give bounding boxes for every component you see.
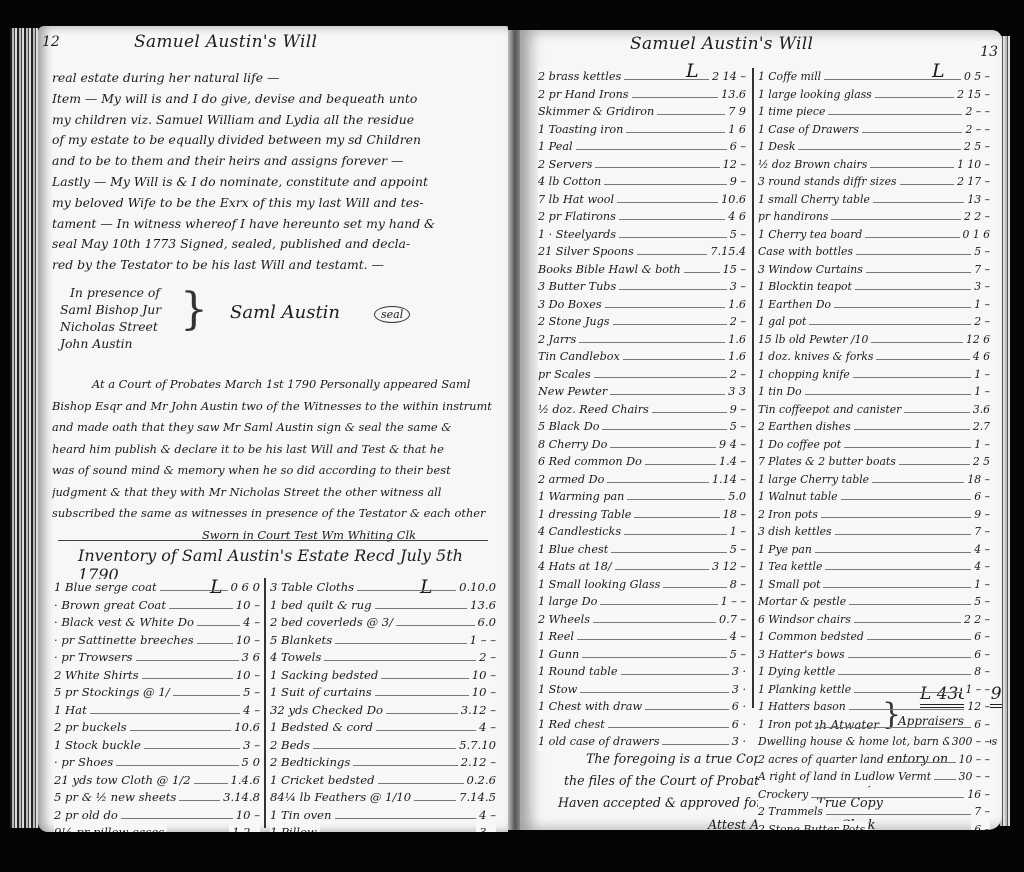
inventory-item: 5 pr & ½ new sheets — [54, 789, 179, 807]
inventory-item: 5 Black Do — [538, 418, 602, 436]
inventory-item: 2 pr Hand Irons — [538, 86, 632, 104]
divider-line — [58, 540, 488, 541]
inventory-item: 1 Reel — [538, 628, 577, 646]
inventory-item: 1 Planking kettle — [758, 681, 854, 699]
inventory-row: 1 Case of Drawers2 – – — [758, 121, 990, 139]
inventory-row: pr Scales2 – — [538, 366, 746, 384]
inventory-item: 84¼ lb Feathers @ 1/10 — [270, 789, 414, 807]
inventory-value: 1.2 – — [229, 824, 260, 832]
inventory-value: 10 – — [233, 597, 260, 615]
inventory-item: 1 gal pot — [758, 313, 809, 331]
inventory-value: 18 – — [964, 471, 990, 489]
inventory-item: 1 Dying kettle — [758, 663, 838, 681]
inventory-value: 1.6 — [725, 296, 746, 314]
inventory-value: 2 15 – — [954, 86, 990, 104]
inventory-value: 5 – — [727, 541, 746, 559]
inventory-value: 9 – — [971, 506, 990, 524]
inventory-item: 1 tin Do — [758, 383, 805, 401]
inventory-row: 1 Gunn5 – — [538, 646, 746, 664]
inventory-value: 10 – — [233, 667, 260, 685]
inventory-item: 1 Peal — [538, 138, 576, 156]
inventory-item: 1 Earthen Do — [758, 296, 834, 314]
inventory-row: 2 Servers12 – — [538, 156, 746, 174]
inventory-row: ½ doz Brown chairs1 10 – — [758, 156, 990, 174]
inventory-value: 6 · — [729, 716, 746, 734]
inventory-item: 1 Walnut table — [758, 488, 841, 506]
closing-text: The foregoing is a true Copy of the orig… — [558, 748, 948, 830]
inventory-item: 3 Butter Tubs — [538, 278, 619, 296]
inventory-item: 1 large Do — [538, 593, 600, 611]
inventory-item: 1 Coffe mill — [758, 68, 824, 86]
inventory-row: A right of land in Ludlow Vermt30 – – — [758, 768, 990, 786]
inventory-value: 4 – — [240, 702, 260, 720]
inventory-item: 1 Pillow — [270, 824, 320, 832]
inventory-row: Tin coffeepot and canister3.6 — [758, 401, 990, 419]
inventory-item: 1 dressing Table — [538, 506, 634, 524]
inventory-item: 2 Wheels — [538, 611, 593, 629]
inventory-item: 6 Red common Do — [538, 453, 645, 471]
inventory-item: 1 Blue chest — [538, 541, 611, 559]
inventory-item: 1 Small pot — [758, 576, 823, 594]
inventory-item: pr Scales — [538, 366, 594, 384]
inventory-item: 1 Hatters bason — [758, 698, 849, 716]
inventory-row: Mortar & pestle5 – — [758, 593, 990, 611]
inventory-row: 1 Sacking bedsted10 – — [270, 667, 496, 685]
inventory-value: 2 2 – — [961, 611, 990, 629]
inventory-value: 1 – — [971, 576, 990, 594]
will-line: red by the Testator to be his last Will … — [52, 255, 498, 276]
inventory-item: ½ doz. Reed Chairs — [538, 401, 652, 419]
inventory-value: 3 6 — [239, 649, 260, 667]
testator-signature: Saml Austin — [230, 302, 340, 323]
inventory-value: 3 – — [971, 278, 990, 296]
inventory-value: 8 – — [971, 663, 990, 681]
inventory-row: 1 Pye pan4 – — [758, 541, 990, 559]
inventory-row: Case with bottles5 – — [758, 243, 990, 261]
inventory-row: Dwelling house & home lot, barn & 2 shop… — [758, 733, 990, 751]
inventory-item: 4 Hats at 18/ — [538, 558, 615, 576]
inventory-item: 1 Stock buckle — [54, 737, 144, 755]
inventory-value: 13.6 — [718, 86, 746, 104]
inventory-row: 15 lb old Pewter /1012 6 — [758, 331, 990, 349]
inventory-row: 4 Towels2 – — [270, 649, 496, 667]
inventory-row: 21 yds tow Cloth @ 1/21.4.6 — [54, 772, 260, 790]
inventory-item: 1 Red chest — [538, 716, 608, 734]
inventory-row: 1 Hat4 – — [54, 702, 260, 720]
inventory-row: 3 Do Boxes1.6 — [538, 296, 746, 314]
inventory-row: 1 Small pot1 – — [758, 576, 990, 594]
inventory-item: 2 Bedtickings — [270, 754, 353, 772]
inventory-item: 2 Beds — [270, 737, 313, 755]
inventory-row: 1 Common bedsted6 – — [758, 628, 990, 646]
inventory-value: 2 – – — [962, 103, 990, 121]
inventory-value: 2 – – — [962, 121, 990, 139]
inventory-item: 1 Stow — [538, 681, 580, 699]
inventory-item: Tin coffeepot and canister — [758, 401, 904, 419]
inventory-row: 1 small Cherry table13 – — [758, 191, 990, 209]
court-line: and made oath that they saw Mr Saml Aust… — [52, 417, 498, 439]
inventory-row: 1 Blue chest5 – — [538, 541, 746, 559]
inventory-item: 32 yds Checked Do — [270, 702, 386, 720]
court-line: was of sound mind & memory when he so di… — [52, 460, 498, 482]
inventory-item: 4 Towels — [270, 649, 324, 667]
inventory-item: 1 bed quilt & rug — [270, 597, 375, 615]
inventory-row: 84¼ lb Feathers @ 1/107.14.5 — [270, 789, 496, 807]
inventory-value: 1.6 — [725, 348, 746, 366]
inventory-row: · Brown great Coat10 – — [54, 597, 260, 615]
inventory-value: 4 6 — [725, 208, 746, 226]
inventory-row: 2 Wheels0.7 – — [538, 611, 746, 629]
inventory-item: 15 lb old Pewter /10 — [758, 331, 871, 349]
inventory-item: 1 Small looking Glass — [538, 576, 663, 594]
inventory-item: Crockery — [758, 786, 811, 804]
inventory-row: New Pewter3 3 — [538, 383, 746, 401]
inventory-item: New Pewter — [538, 383, 610, 401]
inventory-value: 18 – — [720, 506, 746, 524]
inventory-value: 0 6 0 — [228, 579, 261, 597]
inventory-item: 2 armed Do — [538, 471, 607, 489]
inventory-row: 1 Peal6 – — [538, 138, 746, 156]
inventory-row: 7 lb Hat wool10.6 — [538, 191, 746, 209]
inventory-row: 2 pr Hand Irons13.6 — [538, 86, 746, 104]
inventory-item: 1 Desk — [758, 138, 798, 156]
inventory-row: 2 Iron pots9 – — [758, 506, 990, 524]
inventory-value: 1 10 – — [954, 156, 990, 174]
inventory-item: · pr Shoes — [54, 754, 116, 772]
inventory-item: 1 Tea kettle — [758, 558, 825, 576]
inventory-item: 2 acres of quarter land — [758, 751, 887, 769]
inventory-value: 300 – – — [949, 733, 990, 751]
inventory-row: 2 pr buckels10.6 — [54, 719, 260, 737]
inventory-item: Mortar & pestle — [758, 593, 849, 611]
inventory-row: 1 large Do1 – – — [538, 593, 746, 611]
inventory-value: 1 – – — [962, 681, 990, 699]
inventory-row: 3 Hatter's bows6 – — [758, 646, 990, 664]
inventory-row: 1 · Steelyards5 – — [538, 226, 746, 244]
inventory-value: 2 17 – — [954, 173, 990, 191]
inventory-item: 2 pr old do — [54, 807, 121, 825]
inventory-value: 10 – — [469, 667, 496, 685]
inventory-value: 3 – — [727, 278, 746, 296]
inventory-row: 2 Jarrs1.6 — [538, 331, 746, 349]
inventory-row: 2 armed Do1.14 – — [538, 471, 746, 489]
inventory-item: pr handirons — [758, 208, 831, 226]
inventory-item: · pr Trowsers — [54, 649, 136, 667]
inventory-row: 1 Reel4 – — [538, 628, 746, 646]
inventory-item: 1 Case of Drawers — [758, 121, 862, 139]
inventory-value: 5 – — [727, 646, 746, 664]
inventory-item: 1 Blue serge coat — [54, 579, 160, 597]
inventory-row: · pr Sattinette breeches10 – — [54, 632, 260, 650]
inventory-row: 1 gal pot2 – — [758, 313, 990, 331]
inventory-row: 1 Walnut table6 – — [758, 488, 990, 506]
inventory-value: 3 3 — [725, 383, 746, 401]
inventory-value: 6 – — [971, 716, 990, 734]
inventory-column: 2 brass kettles2 14 –2 pr Hand Irons13.6… — [538, 68, 746, 751]
inventory-value: 0.2.6 — [464, 772, 497, 790]
inventory-row: 1 tin Do1 – — [758, 383, 990, 401]
inventory-value: 1.6 — [725, 331, 746, 349]
inventory-row: 2 brass kettles2 14 – — [538, 68, 746, 86]
inventory-row: 2 pr Flatirons4 6 — [538, 208, 746, 226]
inventory-value: 9 – — [727, 401, 746, 419]
inventory-value: 1 – – — [467, 632, 496, 650]
inventory-value: 15 – — [720, 261, 746, 279]
inventory-item: 1 Gunn — [538, 646, 582, 664]
inventory-row: 1 Pillow3 – — [270, 824, 496, 832]
inventory-value: 12 – — [964, 698, 990, 716]
inventory-row: 5 pr & ½ new sheets3.14.8 — [54, 789, 260, 807]
inventory-item: 2 pr Flatirons — [538, 208, 619, 226]
inventory-item: 2 Iron pots — [758, 506, 821, 524]
inventory-item: 4 lb Cotton — [538, 173, 604, 191]
inventory-item: 2 bed coverleds @ 3/ — [270, 614, 396, 632]
inventory-value: 3.12 – — [458, 702, 496, 720]
inventory-row: 1 large looking glass2 15 – — [758, 86, 990, 104]
inventory-item: 2 Stone Butter Pots — [758, 821, 868, 831]
inventory-item: · Black vest & White Do — [54, 614, 197, 632]
inventory-item: Books Bible Hawl & both — [538, 261, 684, 279]
inventory-row: Books Bible Hawl & both15 – — [538, 261, 746, 279]
inventory-column: 1 Blue serge coat0 6 0· Brown great Coat… — [54, 579, 260, 832]
inventory-item: 1 old case of drawers — [538, 733, 662, 751]
inventory-value: 3 – — [240, 737, 260, 755]
inventory-column: 3 Table Cloths0.10.01 bed quilt & rug13.… — [270, 579, 496, 832]
inventory-row: 1 Tea kettle4 – — [758, 558, 990, 576]
inventory-item: 1 Pye pan — [758, 541, 815, 559]
column-divider — [752, 68, 754, 708]
inventory-value: 8 – — [727, 576, 746, 594]
inventory-value: 4 – — [240, 614, 260, 632]
inventory-item: · pr Sattinette breeches — [54, 632, 197, 650]
inventory-row: 1 Stock buckle3 – — [54, 737, 260, 755]
inventory-value: 7 9 — [725, 103, 746, 121]
inventory-row: 1 Dying kettle8 – — [758, 663, 990, 681]
will-line: Lastly — My Will is & I do nominate, con… — [52, 172, 498, 193]
inventory-value: 1.4 – — [716, 453, 746, 471]
inventory-value: 2 14 – — [709, 68, 746, 86]
inventory-item: 21 yds tow Cloth @ 1/2 — [54, 772, 194, 790]
inventory-item: 1 Hat — [54, 702, 90, 720]
inventory-item: 1 Blocktin teapot — [758, 278, 855, 296]
inventory-item: 1 Warming pan — [538, 488, 627, 506]
inventory-item: 1 chopping knife — [758, 366, 853, 384]
inventory-row: 3 Butter Tubs3 – — [538, 278, 746, 296]
inventory-value: 13 – — [964, 191, 990, 209]
inventory-item: 6 Windsor chairs — [758, 611, 854, 629]
inventory-item: 7 lb Hat wool — [538, 191, 617, 209]
inventory-row: 1 doz. knives & forks4 6 — [758, 348, 990, 366]
inventory-item: 1 Do coffee pot — [758, 436, 844, 454]
inventory-row: 1 Tin oven4 – — [270, 807, 496, 825]
right-page: Samuel Austin's Will 13 L L 2 brass kett… — [520, 30, 1002, 830]
inventory-value: 5 – — [971, 243, 990, 261]
inventory-value: 0 1 6 — [960, 226, 990, 244]
inventory-row: 1 Round table3 · — [538, 663, 746, 681]
inventory-item: 3 Table Cloths — [270, 579, 357, 597]
inventory-item: 1 Common bedsted — [758, 628, 867, 646]
inventory-value: 5 – — [240, 684, 260, 702]
inventory-row: Skimmer & Gridiron7 9 — [538, 103, 746, 121]
inventory-row: 3 Table Cloths0.10.0 — [270, 579, 496, 597]
inventory-row: 1 Red chest6 · — [538, 716, 746, 734]
left-page: 12 Samuel Austin's Will real estate duri… — [38, 26, 508, 832]
inventory-item: 1 small Cherry table — [758, 191, 873, 209]
inventory-value: 1 – — [727, 523, 746, 541]
inventory-row: 1 Blocktin teapot3 – — [758, 278, 990, 296]
inventory-value: 6 – — [971, 646, 990, 664]
inventory-value: 16 – — [964, 786, 990, 804]
inventory-row: 1 Small looking Glass8 – — [538, 576, 746, 594]
inventory-row: 1 Chest with draw6 · — [538, 698, 746, 716]
court-line: At a Court of Probates March 1st 1790 Pe… — [52, 374, 498, 396]
will-line: my children viz. Samuel William and Lydi… — [52, 110, 498, 131]
inventory-value: 1.14 – — [709, 471, 746, 489]
inventory-row: 7 Plates & 2 butter boats2 5 — [758, 453, 990, 471]
inventory-value: 9 4 – — [716, 436, 746, 454]
inventory-row: 2 White Shirts10 – — [54, 667, 260, 685]
inventory-value: 2 – — [971, 313, 990, 331]
inventory-row: 1 Warming pan5.0 — [538, 488, 746, 506]
inventory-item: 1 Tin oven — [270, 807, 335, 825]
inventory-value: 30 – – — [956, 768, 990, 786]
inventory-row: 2 Stone Jugs2 – — [538, 313, 746, 331]
closing-line: The foregoing is a true Copy of the orig… — [558, 748, 948, 770]
inventory-value: 3 · — [729, 733, 746, 751]
inventory-item: 1 Iron pot — [758, 716, 815, 734]
witness-name: John Austin — [60, 335, 161, 352]
inventory-item: 2 brass kettles — [538, 68, 624, 86]
inventory-item: 1 · Steelyards — [538, 226, 619, 244]
inventory-item: A right of land in Ludlow Vermt — [758, 768, 934, 786]
inventory-row: · pr Trowsers3 6 — [54, 649, 260, 667]
inventory-value: 6 – — [971, 628, 990, 646]
inventory-item: 1 doz. knives & forks — [758, 348, 876, 366]
inventory-row: pr handirons2 2 – — [758, 208, 990, 226]
will-line: my beloved Wife to be the Exrx of this m… — [52, 193, 498, 214]
inventory-value: 2 5 — [970, 453, 990, 471]
will-line: and to be to them and their heirs and as… — [52, 151, 498, 172]
inventory-item: 9½ pr pillow cases — [54, 824, 167, 832]
inventory-value: 5 – — [971, 593, 990, 611]
inventory-row: 1 Suit of curtains10 – — [270, 684, 496, 702]
inventory-item: 21 Silver Spoons — [538, 243, 637, 261]
inventory-row: · Black vest & White Do4 – — [54, 614, 260, 632]
inventory-item: 1 Round table — [538, 663, 621, 681]
inventory-value: 4 – — [476, 719, 496, 737]
inventory-item: 1 Bedsted & cord — [270, 719, 376, 737]
inventory-value: 7 – — [971, 803, 990, 821]
inventory-value: 10 – — [469, 684, 496, 702]
court-line: Bishop Esqr and Mr John Austin two of th… — [52, 396, 498, 418]
inventory-value: 6 – — [971, 821, 990, 831]
inventory-item: 7 Plates & 2 butter boats — [758, 453, 899, 471]
inventory-row: 1 Blue serge coat0 6 0 — [54, 579, 260, 597]
inventory-value: 5 0 — [239, 754, 260, 772]
inventory-row: · pr Shoes5 0 — [54, 754, 260, 772]
inventory-value: 1 – — [971, 383, 990, 401]
inventory-value: 12 6 — [963, 331, 990, 349]
inventory-row: 1 chopping knife1 – — [758, 366, 990, 384]
inventory-row: 1 Desk2 5 – — [758, 138, 990, 156]
inventory-item: 3 dish kettles — [758, 523, 835, 541]
inventory-value: 4 6 — [970, 348, 990, 366]
inventory-value: 10 – — [233, 632, 260, 650]
witness-name: Saml Bishop Jur — [60, 301, 161, 318]
will-line: tament — In witness whereof I have hereu… — [52, 214, 498, 235]
inventory-value: 1 – — [971, 436, 990, 454]
inventory-row: 1 Toasting iron1 6 — [538, 121, 746, 139]
inventory-row: 2 pr old do10 – — [54, 807, 260, 825]
inventory-value: 6 · — [729, 698, 746, 716]
page-header: Samuel Austin's Will — [630, 34, 813, 54]
inventory-value: 7.15.4 — [707, 243, 746, 261]
inventory-value: 3 12 – — [709, 558, 746, 576]
will-line: of my estate to be equally divided betwe… — [52, 130, 498, 151]
inventory-row: 8 Cherry Do9 4 – — [538, 436, 746, 454]
inventory-row: 1 Bedsted & cord4 – — [270, 719, 496, 737]
inventory-item: 3 Window Curtains — [758, 261, 866, 279]
inventory-row: 6 Windsor chairs2 2 – — [758, 611, 990, 629]
inventory-value: 5 – — [727, 418, 746, 436]
inventory-item: 4 Candlesticks — [538, 523, 624, 541]
inventory-value: 2 – — [727, 313, 746, 331]
witness-block: In presence of Saml Bishop Jur Nicholas … — [60, 284, 161, 352]
inventory-value: 0 5 – — [961, 68, 990, 86]
page-number: 13 — [980, 44, 998, 60]
inventory-value: 0.10.0 — [456, 579, 496, 597]
will-line: real estate during her natural life — — [52, 68, 498, 89]
witness-heading: In presence of — [60, 284, 161, 301]
inventory-item: 3 Hatter's bows — [758, 646, 848, 664]
inventory-row: 1 Coffe mill0 5 – — [758, 68, 990, 86]
inventory-row: 1 Earthen Do1 – — [758, 296, 990, 314]
inventory-value: 12 – — [720, 156, 746, 174]
inventory-row: 2 bed coverleds @ 3/6.0 — [270, 614, 496, 632]
inventory-value: 1 6 — [725, 121, 746, 139]
inventory-value: 4 – — [971, 541, 990, 559]
inventory-item: 2 pr buckels — [54, 719, 130, 737]
inventory-row: 4 lb Cotton9 – — [538, 173, 746, 191]
inventory-row: 4 Candlesticks1 – — [538, 523, 746, 541]
inventory-value: 3.6 — [970, 401, 990, 419]
inventory-value: 2.7 — [970, 418, 990, 436]
column-divider — [264, 578, 266, 828]
inventory-value: 2 – — [476, 649, 496, 667]
inventory-item: 1 Sacking bedsted — [270, 667, 381, 685]
inventory-value: 3.14.8 — [220, 789, 260, 807]
inventory-row: 6 Red common Do1.4 – — [538, 453, 746, 471]
inventory-item: 5 Blankets — [270, 632, 335, 650]
inventory-value: 1 – — [971, 366, 990, 384]
inventory-item: 1 Suit of curtains — [270, 684, 375, 702]
inventory-row: 21 Silver Spoons7.15.4 — [538, 243, 746, 261]
seal-mark: seal — [374, 306, 410, 323]
inventory-value: 3 · — [729, 663, 746, 681]
inventory-item: 2 Earthen dishes — [758, 418, 854, 436]
inventory-item: 3 Do Boxes — [538, 296, 605, 314]
inventory-item: 1 Toasting iron — [538, 121, 626, 139]
will-line: Item — My will is and I do give, devise … — [52, 89, 498, 110]
page-header: Samuel Austin's Will — [134, 32, 317, 52]
inventory-value: 5.0 — [725, 488, 746, 506]
inventory-value: 6.0 — [475, 614, 496, 632]
inventory-item: · Brown great Coat — [54, 597, 169, 615]
inventory-row: 5 Black Do5 – — [538, 418, 746, 436]
inventory-value: 2 5 – — [961, 138, 990, 156]
inventory-value: 3 – — [476, 824, 496, 832]
inventory-row: Tin Candlebox1.6 — [538, 348, 746, 366]
